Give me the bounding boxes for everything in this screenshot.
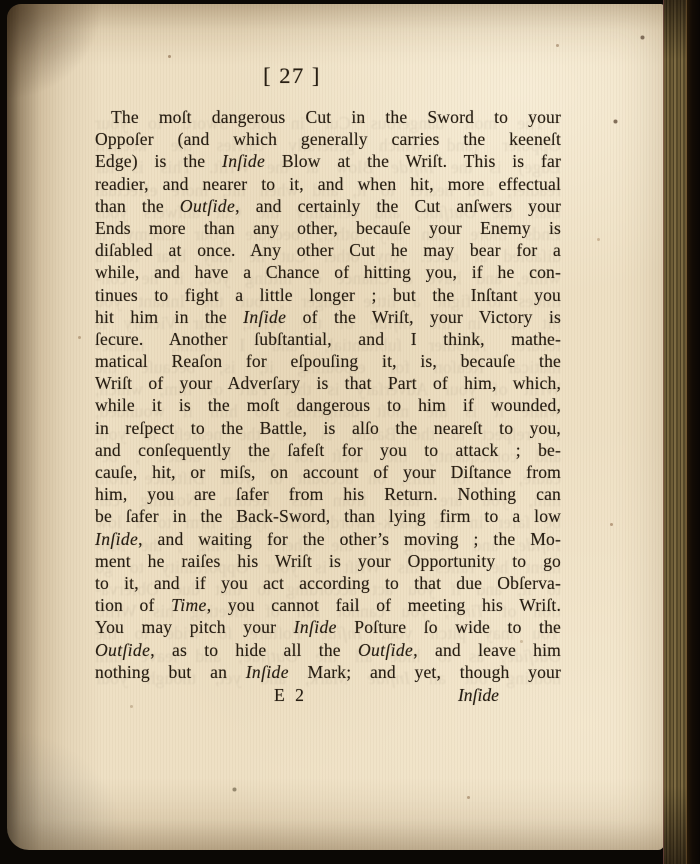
foxing-specks	[0, 0, 3, 3]
text-segment: Blow at the Wriſt. This is far	[265, 151, 561, 171]
text-line: Ends more than any other, becauſe your E…	[95, 217, 561, 239]
text-segment: , and leave him	[413, 640, 561, 660]
text-line: Oppoſer (and which generally carries the…	[95, 128, 561, 150]
italic-word: Inſide	[222, 151, 265, 171]
page-text: The moſt dangerous Cut in the Sword to y…	[95, 106, 561, 683]
text-line: while, and have a Chance of hitting you,…	[95, 261, 561, 283]
text-line: cauſe, hit, or miſs, on account of your …	[95, 461, 561, 483]
text-line: hit him in the Inſide of the Wriſt, your…	[95, 306, 561, 328]
text-segment: while it is the moſt dangerous to him if…	[95, 395, 561, 415]
text-segment: while, and have a Chance of hitting you,…	[95, 262, 561, 282]
text-segment: You may pitch your	[95, 617, 294, 637]
text-segment: Wriſt of your Adverſary is that Part of …	[95, 373, 561, 393]
text-line: Outſide, as to hide all the Outſide, and…	[95, 639, 561, 661]
text-segment: The moſt dangerous Cut in the Sword to y…	[111, 107, 561, 127]
text-segment: hit him in the	[95, 307, 243, 327]
text-line: readier, and nearer to it, and when hit,…	[95, 173, 561, 195]
text-line: Wriſt of your Adverſary is that Part of …	[95, 372, 561, 394]
text-segment: nothing but an	[95, 662, 246, 682]
text-segment: ſecure. Another ſubſtantial, and I think…	[95, 329, 561, 349]
italic-word: Outſide	[358, 640, 413, 660]
text-line: be ſafer in the Back-Sword, than lying f…	[95, 505, 561, 527]
italic-word: Outſide	[180, 196, 235, 216]
text-segment: tion of	[95, 595, 171, 615]
text-line: matical Reaſon for eſpouſing it, is, bec…	[95, 350, 561, 372]
text-segment: matical Reaſon for eſpouſing it, is, bec…	[95, 351, 561, 371]
text-segment: cauſe, hit, or miſs, on account of your …	[95, 462, 561, 482]
signature-line: E 2 Inſide	[95, 684, 561, 708]
text-segment: Edge) is the	[95, 151, 222, 171]
text-line: than the Outſide, and certainly the Cut …	[95, 195, 561, 217]
text-segment: to it, and if you act according to that …	[95, 573, 561, 593]
text-segment: ment he raiſes his Wriſt is your Opportu…	[95, 551, 561, 571]
text-segment: , and certainly the Cut anſwers your	[235, 196, 561, 216]
text-line: while it is the moſt dangerous to him if…	[95, 394, 561, 416]
text-segment: Ends more than any other, becauſe your E…	[95, 218, 561, 238]
text-segment: , you cannot fail of meeting his Wriſt.	[207, 595, 561, 615]
text-line: to it, and if you act according to that …	[95, 572, 561, 594]
text-line: tinues to fight a little longer ; but th…	[95, 284, 561, 306]
italic-word: Inſide	[246, 662, 289, 682]
page-number-header: [ 27 ]	[95, 63, 561, 89]
catchword: Inſide	[458, 684, 499, 706]
text-segment: tinues to fight a little longer ; but th…	[95, 285, 561, 305]
text-segment: Poſture ſo wide to the	[337, 617, 561, 637]
italic-word: Inſide	[95, 529, 138, 549]
text-line: him, you are ſafer from his Return. Noth…	[95, 483, 561, 505]
book-scan: The moſt dangerous Cut in the Sword to y…	[0, 0, 700, 864]
signature-mark: E 2	[274, 684, 307, 706]
italic-word: Inſide	[294, 617, 337, 637]
text-line: nothing but an Inſide Mark; and yet, tho…	[95, 661, 561, 683]
text-segment: than the	[95, 196, 180, 216]
text-segment: Oppoſer (and which generally carries the…	[95, 129, 561, 149]
text-segment: be ſafer in the Back-Sword, than lying f…	[95, 506, 561, 526]
text-line: Edge) is the Inſide Blow at the Wriſt. T…	[95, 150, 561, 172]
text-line: in reſpect to the Battle, is alſo the ne…	[95, 417, 561, 439]
text-line: diſabled at once. Any other Cut he may b…	[95, 239, 561, 261]
page-number: [ 27 ]	[263, 63, 321, 88]
italic-word: Inſide	[243, 307, 286, 327]
text-line: ſecure. Another ſubſtantial, and I think…	[95, 328, 561, 350]
text-line: You may pitch your Inſide Poſture ſo wid…	[95, 616, 561, 638]
text-line: tion of Time, you cannot fail of meeting…	[95, 594, 561, 616]
italic-word: Outſide	[95, 640, 150, 660]
text-segment: and conſequently the ſafeſt for you to a…	[95, 440, 561, 460]
italic-word: Time	[171, 595, 207, 615]
text-line: Inſide, and waiting for the other’s movi…	[95, 528, 561, 550]
text-segment: , as to hide all the	[150, 640, 358, 660]
text-line: The moſt dangerous Cut in the Sword to y…	[95, 106, 561, 128]
text-segment: of the Wriſt, your Victory is	[286, 307, 561, 327]
text-line: and conſequently the ſafeſt for you to a…	[95, 439, 561, 461]
book-cover-edge	[686, 0, 700, 864]
text-segment: in reſpect to the Battle, is alſo the ne…	[95, 418, 561, 438]
text-segment: diſabled at once. Any other Cut he may b…	[95, 240, 561, 260]
text-segment: , and waiting for the other’s moving ; t…	[138, 529, 561, 549]
text-segment: him, you are ſafer from his Return. Noth…	[95, 484, 561, 504]
text-segment: readier, and nearer to it, and when hit,…	[95, 174, 561, 194]
text-line: ment he raiſes his Wriſt is your Opportu…	[95, 550, 561, 572]
text-segment: Mark; and yet, though your	[289, 662, 561, 682]
